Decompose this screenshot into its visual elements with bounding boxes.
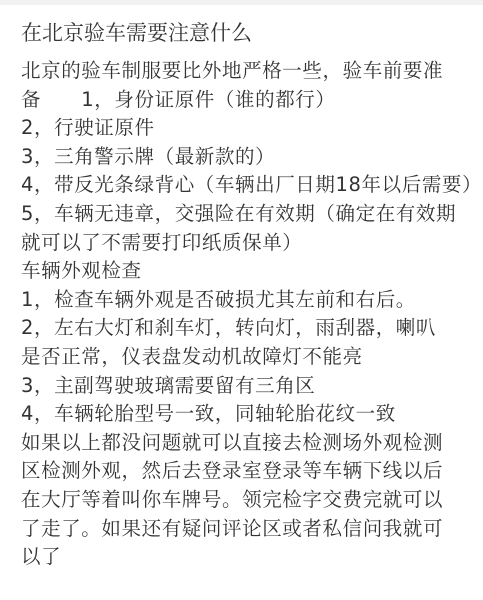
text-line: 4，带反光条绿背心（车辆出厂日期18年以后需要） bbox=[21, 171, 483, 200]
text-line: 区检测外观，然后去登录室登录等车辆下线以后 bbox=[21, 457, 483, 486]
text-line: 2，行驶证原件 bbox=[21, 114, 483, 143]
text-line: 5，车辆无违章，交强险在有效期（确定在有效期 bbox=[21, 200, 483, 229]
text-line: 3，三角警示牌（最新款的） bbox=[21, 143, 483, 172]
article-body: 在北京验车需要注意什么 北京的验车制服要比外地严格一些，验车前要准 备 1，身份… bbox=[0, 5, 483, 572]
text-line: 1，检查车辆外观是否破损尤其左前和右后。 bbox=[21, 286, 483, 315]
text-line: 在大厅等着叫你车牌号。领完检字交费完就可以 bbox=[21, 486, 483, 515]
text-line: 2，左右大灯和刹车灯，转向灯，雨刮器，喇叭 bbox=[21, 314, 483, 343]
text-line: 如果以上都没问题就可以直接去检测场外观检测 bbox=[21, 429, 483, 458]
text-line: 备 1，身份证原件（谁的都行） bbox=[21, 86, 483, 115]
text-line: 是否正常，仪表盘发动机故障灯不能亮 bbox=[21, 343, 483, 372]
text-line: 北京的验车制服要比外地严格一些，验车前要准 bbox=[21, 57, 483, 86]
article-title: 在北京验车需要注意什么 bbox=[21, 19, 483, 47]
text-line: 就可以了不需要打印纸质保单） bbox=[21, 229, 483, 258]
text-line: 以了 bbox=[21, 543, 483, 572]
text-line: 4，车辆轮胎型号一致，同轴轮胎花纹一致 bbox=[21, 400, 483, 429]
text-line: 3，主副驾驶玻璃需要留有三角区 bbox=[21, 372, 483, 401]
section-heading: 车辆外观检查 bbox=[21, 257, 483, 286]
text-line: 了走了。如果还有疑问评论区或者私信问我就可 bbox=[21, 515, 483, 544]
